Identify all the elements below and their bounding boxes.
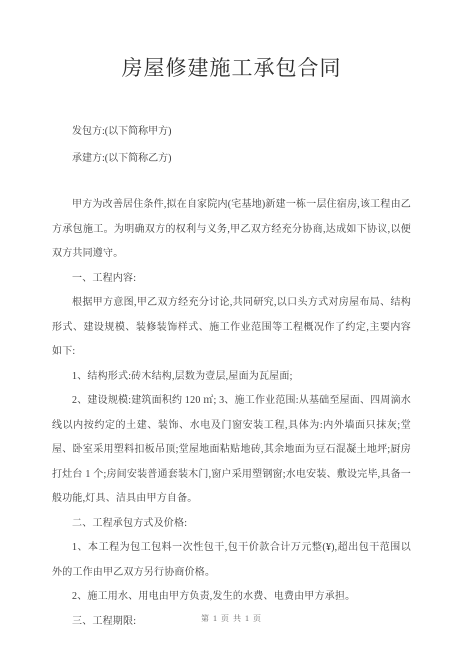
clause-lump-sum-price: 1、本工程为包工包料一次性包干,包干价款合计万元整(¥),超出包干范围以外的工作…: [52, 536, 411, 585]
contract-body: 甲方为改善居住条件,拟在自家院内(宅基地)新建一栋一层住宿房,该工程由乙方承包施…: [52, 193, 411, 634]
party-contractor-line: 承建方:(以下简称乙方): [52, 145, 411, 172]
contract-document-page: 房屋修建施工承包合同 发包方:(以下简称甲方) 承建方:(以下简称乙方) 甲方为…: [0, 0, 463, 655]
document-content: 发包方:(以下简称甲方) 承建方:(以下简称乙方) 甲方为改善居住条件,拟在自家…: [0, 118, 463, 634]
clause-structure-form: 1、结构形式:砖木结构,层数为壹层,屋面为瓦屋面;: [52, 365, 411, 390]
contract-parties: 发包方:(以下简称甲方) 承建方:(以下简称乙方): [52, 118, 411, 172]
clause-water-electricity: 2、施工用水、用电由甲方负责,发生的水费、电费由甲方承担。: [52, 585, 411, 610]
project-content-overview-paragraph: 根据甲方意图,甲乙双方经充分讨论,共同研究,以口头方式对房屋布局、结构形式、建设…: [52, 291, 411, 365]
section-heading-contract-method-price: 二、工程承包方式及价格:: [52, 512, 411, 537]
document-title: 房屋修建施工承包合同: [0, 0, 463, 82]
page-number: 第 1 页 共 1 页: [0, 613, 463, 624]
clause-scale-and-scope: 2、建设规模:建筑面积约 120 ㎡; 3、施工作业范围:从基础至屋面、四周滴水…: [52, 389, 411, 512]
section-heading-project-content: 一、工程内容:: [52, 267, 411, 292]
party-employer-line: 发包方:(以下简称甲方): [52, 118, 411, 145]
intro-paragraph: 甲方为改善居住条件,拟在自家院内(宅基地)新建一栋一层住宿房,该工程由乙方承包施…: [52, 193, 411, 267]
